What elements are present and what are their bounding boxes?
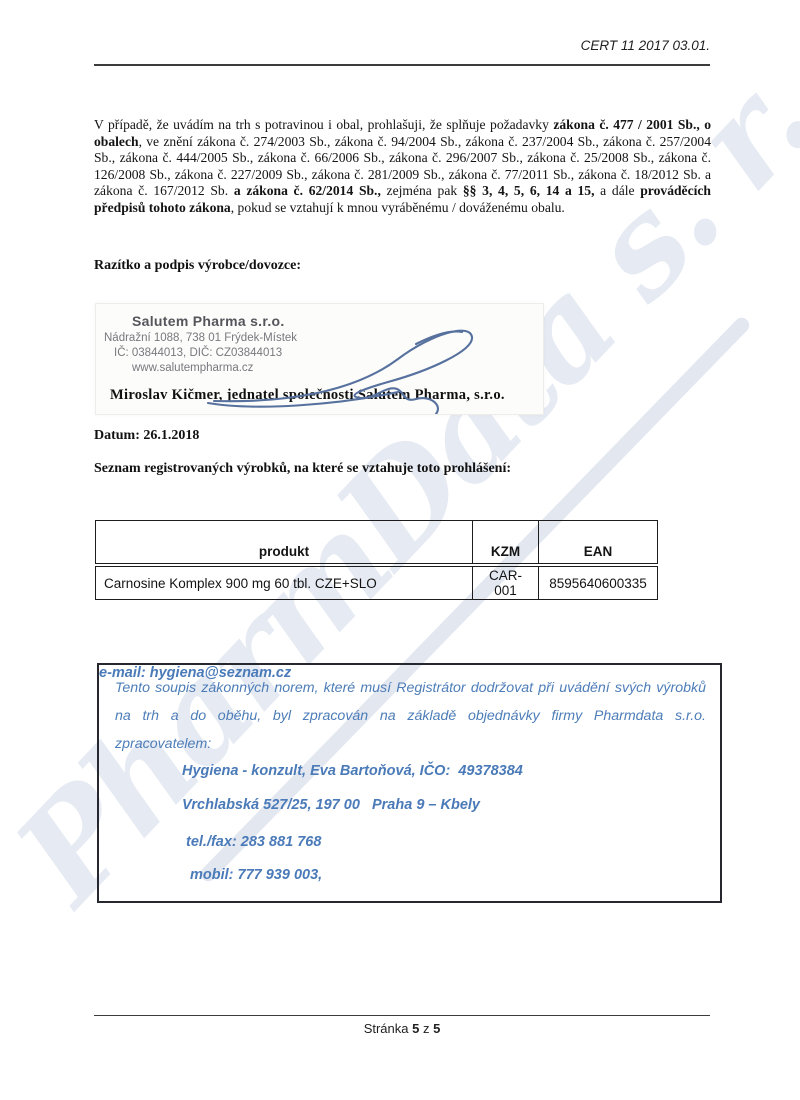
date-line: Datum: 26.1.2018 [94,428,199,444]
declaration-segment: , pokud se vztahují k mnou vyráběnému / … [231,200,565,215]
table-header-cell: KZM [473,521,539,566]
stamp-website: www.salutempharma.cz [132,362,253,374]
table-cell: CAR-001 [473,565,539,600]
declaration-segment: §§ 3, 4, 5, 6, 14 a 15, [463,183,595,198]
table-header-cell: EAN [539,521,658,566]
page-total: 5 [433,1021,440,1036]
page-label-separator: z [419,1021,433,1036]
stamp-registration-ids: IČ: 03844013, DIČ: CZ03844013 [114,347,282,359]
stamp-company-name: Salutem Pharma s.r.o. [132,313,285,329]
page-label-prefix: Stránka [364,1021,412,1036]
footer-rule [94,1015,710,1016]
table-cell: 8595640600335 [539,565,658,600]
stamp-scan-image: Salutem Pharma s.r.o. Nádražní 1088, 738… [95,303,544,415]
stamp-section-heading: Razítko a podpis výrobce/dovozce: [94,258,301,274]
product-list-heading: Seznam registrovaných výrobků, na které … [94,461,511,477]
registrator-notice-box: Tento soupis zákonných norem, které musí… [97,663,722,903]
contact-line: mobil: 777 939 003, [190,867,322,883]
table-cell: Carnosine Komplex 900 mg 60 tbl. CZE+SLO [96,565,473,600]
document-code: CERT 11 2017 03.01. [0,38,710,53]
notice-intro-text: Tento soupis zákonných norem, které musí… [115,674,706,758]
declaration-segment: zejména pak [381,183,463,198]
document-page: { "header": { "doc_code": "CERT 11 2017 … [0,0,800,1100]
declaration-segment: a dále [594,183,640,198]
page-number-line: Stránka 5 z 5 [94,1021,710,1036]
declaration-paragraph: V případě, že uvádím na trh s potravinou… [94,117,711,217]
contact-line: Vrchlabská 527/25, 197 00 Praha 9 – Kbel… [182,797,480,813]
table-header-cell: produkt [96,521,473,566]
table-row: Carnosine Komplex 900 mg 60 tbl. CZE+SLO… [96,565,658,600]
contact-line: Hygiena - konzult, Eva Bartoňová, IČO: 4… [182,763,523,779]
signatory-name-line: Miroslav Kičmer, jednatel společnosti Sa… [110,387,505,404]
table-header-row: produktKZMEAN [96,521,658,566]
contact-line: e-mail: hygiena@seznam.cz [99,665,291,681]
header-rule [94,64,710,66]
products-table: produktKZMEAN Carnosine Komplex 900 mg 6… [95,520,658,600]
declaration-segment: a zákona č. 62/2014 Sb., [234,183,381,198]
contact-line: tel./fax: 283 881 768 [186,834,321,850]
declaration-segment: V případě, že uvádím na trh s potravinou… [94,117,553,132]
stamp-address: Nádražní 1088, 738 01 Frýdek-Místek [104,332,297,344]
